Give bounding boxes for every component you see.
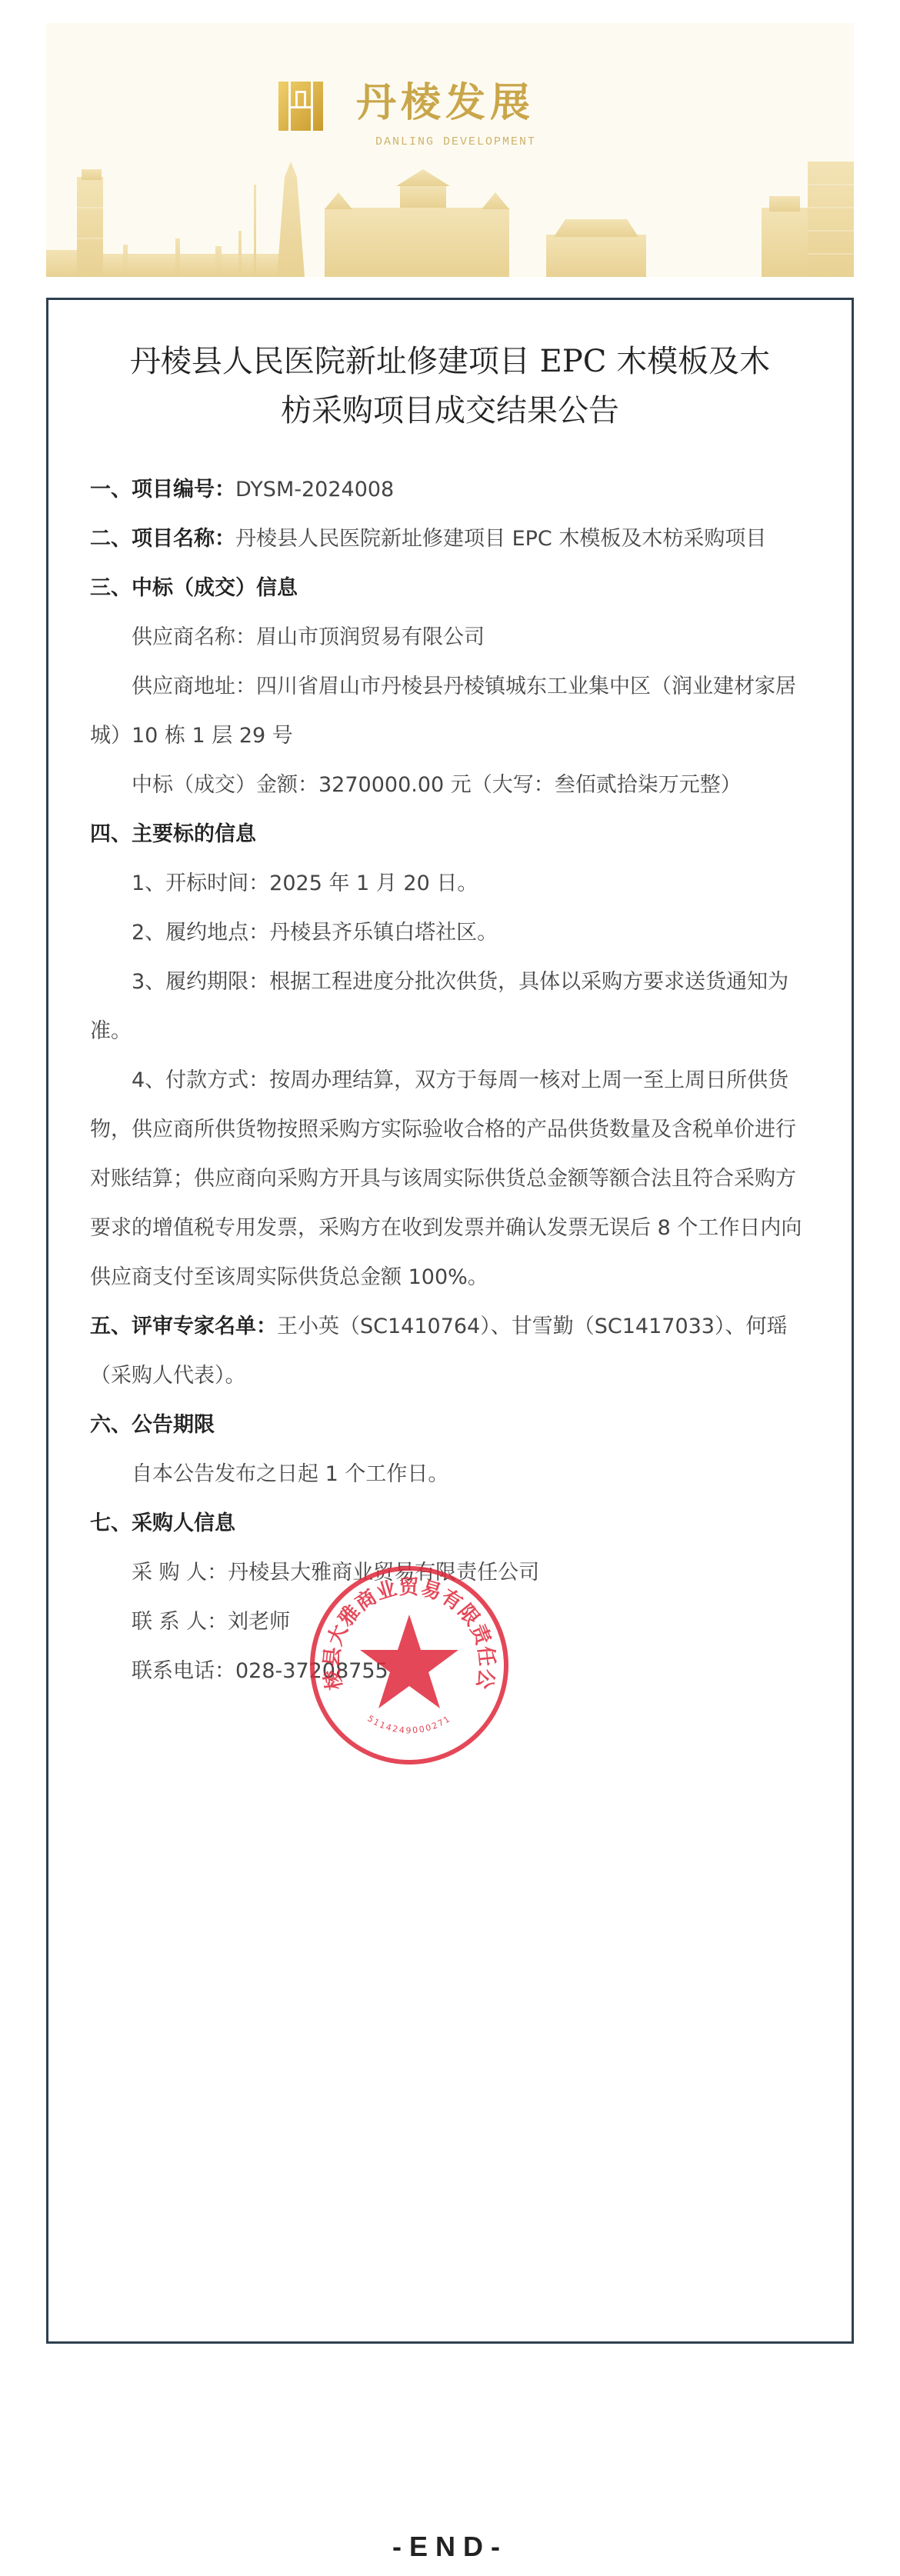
purchaser-name: 丹棱县大雅商业贸易有限责任公司 bbox=[228, 1561, 539, 1585]
title-line-2: 枋采购项目成交结果公告 bbox=[48, 386, 852, 435]
page-title: 丹棱县人民医院新址修建项目 EPC 木模板及木 枋采购项目成交结果公告 bbox=[48, 337, 852, 435]
section-heading-main-info: 四、主要标的信息 bbox=[90, 810, 809, 859]
section-label: 五、评审专家名单： bbox=[90, 1315, 277, 1338]
delivery-period: 3、履约期限：根据工程进度分批次供货，具体以采购方要求送货通知为准。 bbox=[90, 958, 809, 1056]
svg-text:5114249000271: 5114249000271 bbox=[365, 1714, 453, 1736]
payment-terms: 4、付款方式：按周办理结算，双方于每周一核对上周一至上周日所供货物，供应商所供货… bbox=[90, 1056, 809, 1302]
field-label: 供应商地址： bbox=[132, 675, 256, 698]
award-amount: 3270000.00 元（大写：叁佰贰拾柒万元整） bbox=[318, 773, 742, 797]
project-number: DYSM-2024008 bbox=[235, 478, 394, 502]
field-label: 联系电话： bbox=[132, 1659, 235, 1683]
field-label: 中标（成交）金额： bbox=[132, 773, 318, 797]
purchaser-row: 采 购 人：丹棱县大雅商业贸易有限责任公司 bbox=[90, 1548, 809, 1598]
bid-opening-time: 1、开标时间：2025 年 1 月 20 日。 bbox=[90, 859, 809, 908]
contact-phone: 028-37208755 bbox=[235, 1659, 388, 1683]
notice-period: 自本公告发布之日起 1 个工作日。 bbox=[90, 1450, 809, 1499]
section-label: 一、项目编号： bbox=[90, 478, 235, 502]
delivery-location: 2、履约地点：丹棱县齐乐镇白塔社区。 bbox=[90, 908, 809, 958]
header-banner: 丹棱发展 DANLING DEVELOPMENT bbox=[46, 23, 854, 277]
field-label: 供应商名称： bbox=[132, 625, 256, 649]
city-skyline-illustration bbox=[46, 162, 854, 277]
section-heading-notice-period: 六、公告期限 bbox=[90, 1401, 809, 1450]
section-heading-purchaser: 七、采购人信息 bbox=[90, 1499, 809, 1548]
section-heading-award: 三、中标（成交）信息 bbox=[90, 564, 809, 613]
section-project-number: 一、项目编号：DYSM-2024008 bbox=[90, 465, 809, 515]
document-body: 一、项目编号：DYSM-2024008 二、项目名称：丹棱县人民医院新址修建项目… bbox=[90, 465, 809, 1696]
field-label: 联 系 人： bbox=[132, 1610, 228, 1634]
brand-name-en: DANLING DEVELOPMENT bbox=[375, 135, 536, 148]
contact-row: 联 系 人：刘老师 bbox=[90, 1598, 809, 1647]
section-project-name: 二、项目名称：丹棱县人民医院新址修建项目 EPC 木模板及木枋采购项目 bbox=[90, 515, 809, 564]
danling-logo-icon bbox=[278, 82, 323, 131]
award-amount-row: 中标（成交）金额：3270000.00 元（大写：叁佰贰拾柒万元整） bbox=[90, 761, 809, 810]
supplier-name-row: 供应商名称：眉山市顶润贸易有限公司 bbox=[90, 613, 809, 662]
supplier-name: 眉山市顶润贸易有限公司 bbox=[256, 625, 485, 649]
section-experts: 五、评审专家名单：王小英（SC1410764）、甘雪勤（SC1417033）、何… bbox=[90, 1302, 809, 1401]
project-name: 丹棱县人民医院新址修建项目 EPC 木模板及木枋采购项目 bbox=[235, 527, 766, 551]
phone-row: 联系电话：028-37208755 bbox=[90, 1647, 809, 1696]
contact-person: 刘老师 bbox=[228, 1610, 290, 1634]
brand-name-cn: 丹棱发展 bbox=[356, 83, 535, 123]
end-marker: -END- bbox=[0, 2531, 900, 2563]
announcement-document: 丹棱县人民医院新址修建项目 EPC 木模板及木 枋采购项目成交结果公告 一、项目… bbox=[46, 298, 854, 2344]
supplier-address-row: 供应商地址：四川省眉山市丹棱县丹棱镇城东工业集中区（润业建材家居城）10 栋 1… bbox=[90, 662, 809, 761]
field-label: 采 购 人： bbox=[132, 1561, 228, 1585]
title-line-1: 丹棱县人民医院新址修建项目 EPC 木模板及木 bbox=[48, 337, 852, 386]
section-label: 二、项目名称： bbox=[90, 527, 235, 551]
